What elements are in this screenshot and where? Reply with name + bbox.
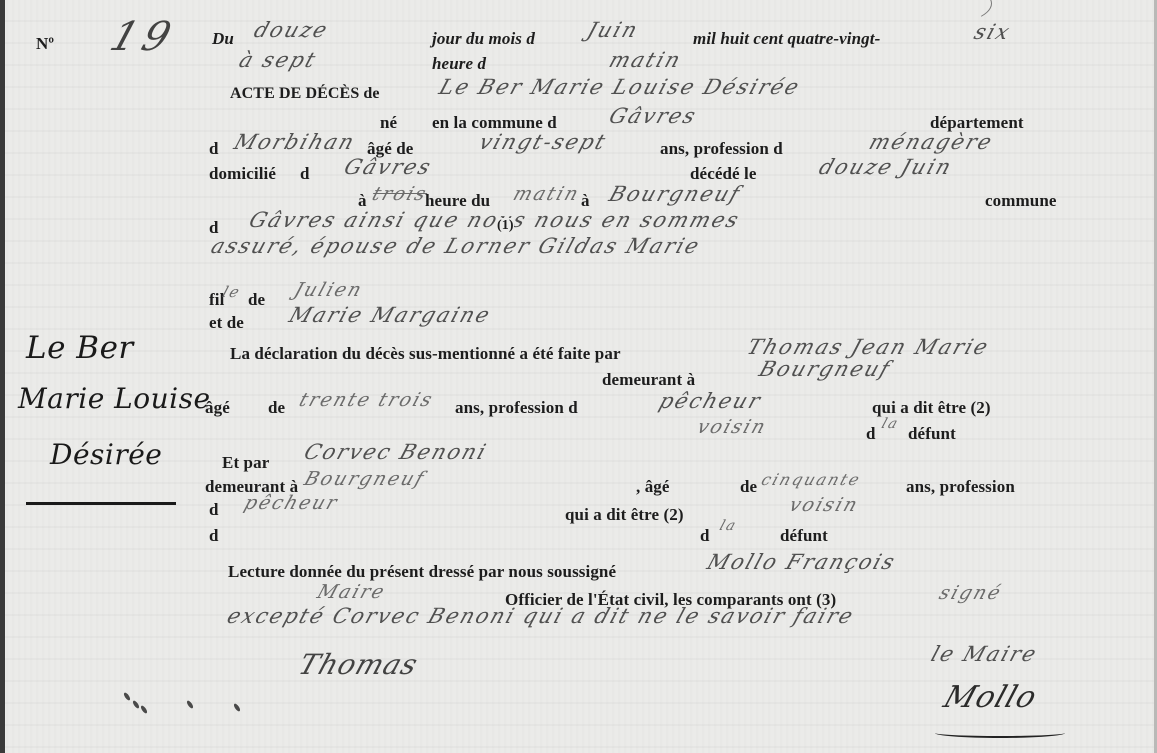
hand-commune-line: Gâvres ainsi que nous nous en sommes — [246, 208, 743, 232]
printed-ans-profession3: ans, profession — [906, 477, 1015, 497]
hand-declarant2-relation: voisin — [786, 494, 861, 516]
ink-smudge — [140, 705, 148, 715]
printed-year: mil huit cent quatre-vingt- — [693, 29, 880, 49]
hand-officer-title: Maire — [314, 581, 388, 603]
hand-hour: à sept — [236, 48, 320, 72]
printed-heure-d: heure d — [432, 54, 486, 74]
printed-d4: d — [209, 500, 219, 520]
signature-mayor-title: le Maire — [928, 642, 1041, 666]
hand-signed: signé — [936, 582, 1005, 604]
printed-d5: d — [209, 526, 219, 546]
printed-jour-du-mois: jour du mois d — [432, 29, 535, 49]
hand-declarant2-age: cinquante — [759, 470, 864, 489]
hand-declarant1: Thomas Jean Marie — [744, 335, 993, 359]
hand-declarant1-residence: Bourgneuf — [756, 357, 894, 381]
hand-fille: le — [220, 283, 244, 301]
hand-birth-commune: Gâvres — [606, 104, 700, 128]
hand-declarant2: Corvec Benoni — [301, 440, 491, 464]
printed-d1: d — [209, 139, 219, 159]
printed-domicilie: domicilié — [209, 164, 276, 184]
printed-de: de — [248, 290, 265, 310]
printed-ne: né — [380, 113, 397, 133]
hand-department: Morbihan — [231, 130, 359, 154]
margin-given-names: Marie Louise — [18, 382, 211, 415]
entry-number: 19 — [105, 14, 183, 60]
printed-d6: d — [700, 526, 710, 546]
hand-father: Julien — [291, 279, 366, 301]
ink-smudge — [233, 703, 241, 713]
signature-mollo: Mollo — [939, 680, 1041, 715]
hand-age: vingt-sept — [476, 130, 610, 154]
hand-officer: Mollo François — [704, 550, 899, 574]
signature-underline — [935, 728, 1065, 738]
hand-declarant1-age: trente trois — [296, 389, 436, 411]
printed-qui-a-dit-etre2: qui a dit être (2) — [565, 505, 684, 525]
hand-declarant2-residence: Bourgneuf — [301, 468, 428, 490]
printed-de4: de — [740, 477, 757, 497]
hand-commune-line2: assuré, épouse de Lorner Gildas Marie — [208, 234, 704, 258]
hand-exception: excepté Corvec Benoni qui a dit ne le sa… — [224, 604, 858, 628]
margin-third-name: Désirée — [50, 438, 162, 471]
hand-profession: ménagère — [866, 130, 997, 154]
hand-declarant1-la: la — [879, 416, 901, 432]
printed-defunt2: défunt — [780, 526, 828, 546]
printed-d2: d — [300, 164, 310, 184]
printed-du: Du — [212, 29, 234, 49]
ink-smudge — [186, 700, 194, 710]
printed-et-par: Et par — [222, 453, 269, 473]
printed-age2: âgé — [205, 398, 230, 418]
printed-de2: de — [268, 398, 285, 418]
hand-declarant2-profession: pêcheur — [241, 492, 341, 514]
hand-mother: Marie Margaine — [286, 303, 494, 327]
hand-period: matin — [606, 48, 685, 72]
hand-declarant2-la: la — [717, 518, 739, 534]
printed-acte-de-deces: ACTE DE DÉCÈS de — [230, 85, 380, 103]
binding-edge — [0, 0, 5, 753]
margin-rule — [26, 502, 176, 505]
printed-note1: (1) — [497, 218, 514, 234]
printed-de3: d — [866, 424, 876, 444]
hand-domicile: Gâvres — [341, 155, 435, 179]
printed-ans-profession: ans, profession d — [660, 139, 783, 159]
hand-day: douze — [251, 18, 332, 42]
printed-commune: commune — [985, 191, 1057, 211]
hand-death-period: matin — [510, 183, 582, 205]
printed-qui-a-dit-etre: qui a dit être (2) — [872, 398, 991, 418]
printed-et-de: et de — [209, 313, 244, 333]
register-page: Nº 19 Du douze jour du mois d Juin mil h… — [0, 0, 1157, 753]
hand-death-place: Bourgneuf — [606, 182, 744, 206]
ink-smudge — [123, 692, 131, 702]
printed-ans-profession2: ans, profession d — [455, 398, 578, 418]
printed-demeurant-a: demeurant à — [602, 370, 695, 390]
ink-smudge — [132, 700, 140, 710]
hand-year-suffix: six — [971, 20, 1014, 44]
hand-deceased-name: Le Ber Marie Louise Désirée — [436, 75, 804, 99]
margin-surname: Le Ber — [26, 330, 134, 366]
hand-declarant1-profession: pêcheur — [656, 389, 765, 413]
printed-age3: , âgé — [636, 477, 670, 497]
hand-month: Juin — [584, 18, 642, 42]
hand-death-hour: trois — [369, 183, 430, 205]
signature-thomas: Thomas — [295, 648, 423, 681]
printed-decede-le: décédé le — [690, 164, 757, 184]
printed-lecture: Lecture donnée du présent dressé par nou… — [228, 562, 616, 582]
hand-death-date: douze Juin — [816, 155, 956, 179]
printed-defunt: défunt — [908, 424, 956, 444]
printed-declaration: La déclaration du décès sus-mentionné a … — [230, 344, 621, 364]
entry-number-label: Nº — [36, 34, 54, 54]
flourish — [870, 0, 992, 27]
hand-declarant1-relation: voisin — [694, 416, 769, 438]
